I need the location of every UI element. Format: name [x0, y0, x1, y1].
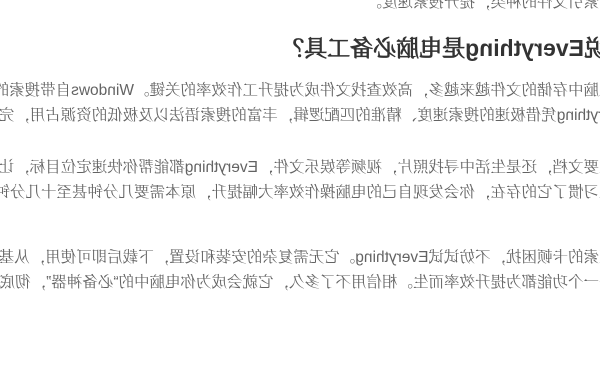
- article-line: Everything凭借极速的搜索速度、精准的匹配逻辑，丰富的搜索语法以及极低的…: [0, 103, 600, 128]
- mirrored-article-page: 减少索引文件的种类，提升搜索速度。 么说Everything是电脑必备工具？ 着…: [0, 0, 600, 295]
- article-line: ，每一个功能都为提升效率而生。相信用不了多久，它就会成为你电脑中的“必备神器”，…: [0, 270, 600, 295]
- article-line: 并且习惯了它的存在，你会发现自己的电脑操作效率大幅提升，原本需要几分钟甚至十几分…: [0, 180, 600, 205]
- previous-paragraph-tail: 减少索引文件的种类，提升搜索速度。: [0, 0, 600, 15]
- screenshot-viewport: 减少索引文件的种类，提升搜索速度。 么说Everything是电脑必备工具？ 着…: [0, 0, 600, 372]
- article-line: 着电脑中存储的文件越来越多，高效查找文件成为提升工作效率的关键。Windows自…: [0, 78, 600, 103]
- paragraph-2: 是重要文档，还是生活中寻找照片，视频等娱乐文件，Everything都能帮你快速…: [0, 155, 600, 205]
- article-heading: 么说Everything是电脑必备工具？: [0, 29, 600, 67]
- article-line: 是重要文档，还是生活中寻找照片，视频等娱乐文件，Everything都能帮你快速…: [0, 155, 600, 180]
- paragraph-3: 带搜索的卡顿困扰，不妨试试Everything。它无需复杂的安装和设置，下载后即…: [0, 245, 600, 295]
- paragraph-1: 着电脑中存储的文件越来越多，高效查找文件成为提升工作效率的关键。Windows自…: [0, 78, 600, 128]
- article-line: 带搜索的卡顿困扰，不妨试试Everything。它无需复杂的安装和设置，下载后即…: [0, 245, 600, 270]
